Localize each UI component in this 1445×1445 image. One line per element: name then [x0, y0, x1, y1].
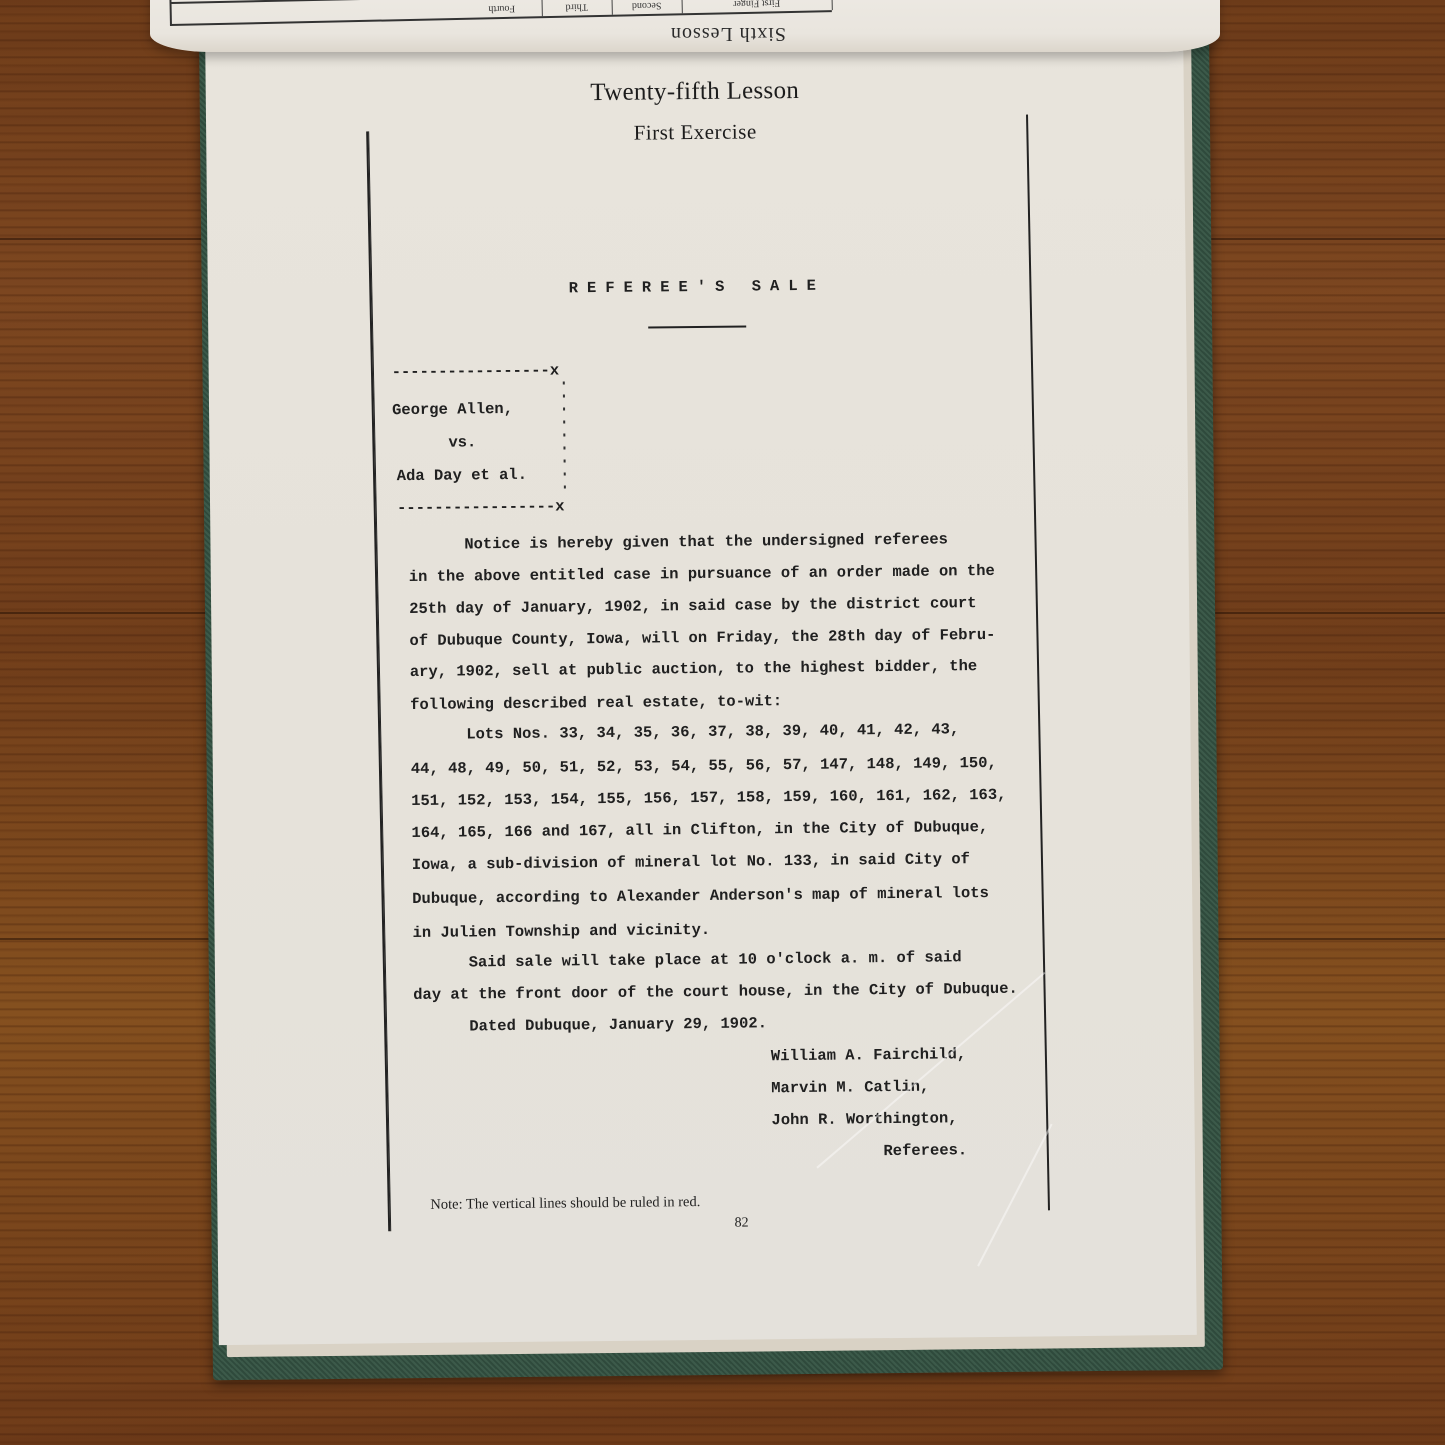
caption-defendant: Ada Day et al.	[397, 466, 527, 485]
caption-border-top: -----------------x	[392, 361, 560, 381]
previous-page-table-row: Fourth Third Second First Finger	[171, 0, 831, 24]
table-header: Second	[611, 0, 682, 15]
document-heading: REFEREE'S SALE	[208, 273, 1186, 301]
notice-line: Dated Dubuque, January 29, 1902.	[413, 1014, 767, 1036]
notice-line: 164, 165, 166 and 167, all in Clifton, i…	[411, 818, 988, 842]
previous-page-fold: Fourth Third Second First Finger Sixth L…	[150, 0, 1220, 52]
case-caption: -----------------x George Allen, vs. Ada…	[392, 361, 594, 513]
notice-body: Notice is hereby given that the undersig…	[408, 529, 1048, 536]
paper-crease	[977, 1124, 1052, 1267]
table-header: Third	[541, 0, 612, 16]
signer-line: Marvin M. Catlin,	[771, 1078, 929, 1098]
notice-line: Notice is hereby given that the undersig…	[408, 530, 948, 554]
paper-crease	[816, 972, 1045, 1169]
notice-line: Iowa, a sub-division of mineral lot No. …	[412, 850, 970, 874]
lesson-title: Twenty-fifth Lesson	[206, 73, 1184, 111]
ruling-note: Note: The vertical lines should be ruled…	[430, 1194, 700, 1214]
page-number: 82	[735, 1216, 749, 1232]
notice-line: 44, 48, 49, 50, 51, 52, 53, 54, 55, 56, …	[411, 754, 997, 778]
previous-page-title: Sixth Lesson	[670, 22, 786, 45]
notice-line: Dubuque, according to Alexander Anderson…	[412, 884, 989, 908]
notice-line: day at the front door of the court house…	[413, 980, 1018, 1004]
caption-border-bottom: -----------------x	[397, 497, 565, 517]
table-header: First Finger	[681, 0, 832, 13]
notice-line: in the above entitled case in pursuance …	[409, 562, 995, 586]
table-header: Fourth	[462, 0, 543, 18]
book-page: Twenty-fifth Lesson First Exercise REFER…	[205, 33, 1197, 1345]
notice-line: ary, 1902, sell at public auction, to th…	[410, 657, 978, 681]
notice-line: Lots Nos. 33, 34, 35, 36, 37, 38, 39, 40…	[410, 720, 959, 744]
signer-line: Referees.	[772, 1141, 968, 1161]
notice-line: 25th day of January, 1902, in said case …	[409, 594, 977, 618]
exercise-title: First Exercise	[206, 115, 1184, 150]
caption-versus: vs.	[448, 433, 476, 451]
notice-line: 151, 152, 153, 154, 155, 156, 157, 158, …	[411, 786, 1006, 810]
notice-line: Said sale will take place at 10 o'clock …	[413, 948, 962, 972]
caption-colon-border	[563, 381, 566, 491]
heading-underline	[648, 326, 746, 329]
notice-line: of Dubuque County, Iowa, will on Friday,…	[409, 626, 995, 650]
notice-line: following described real estate, to-wit:	[410, 692, 782, 714]
notice-line: in Julien Township and vicinity.	[412, 921, 710, 942]
caption-plaintiff: George Allen,	[392, 400, 513, 419]
